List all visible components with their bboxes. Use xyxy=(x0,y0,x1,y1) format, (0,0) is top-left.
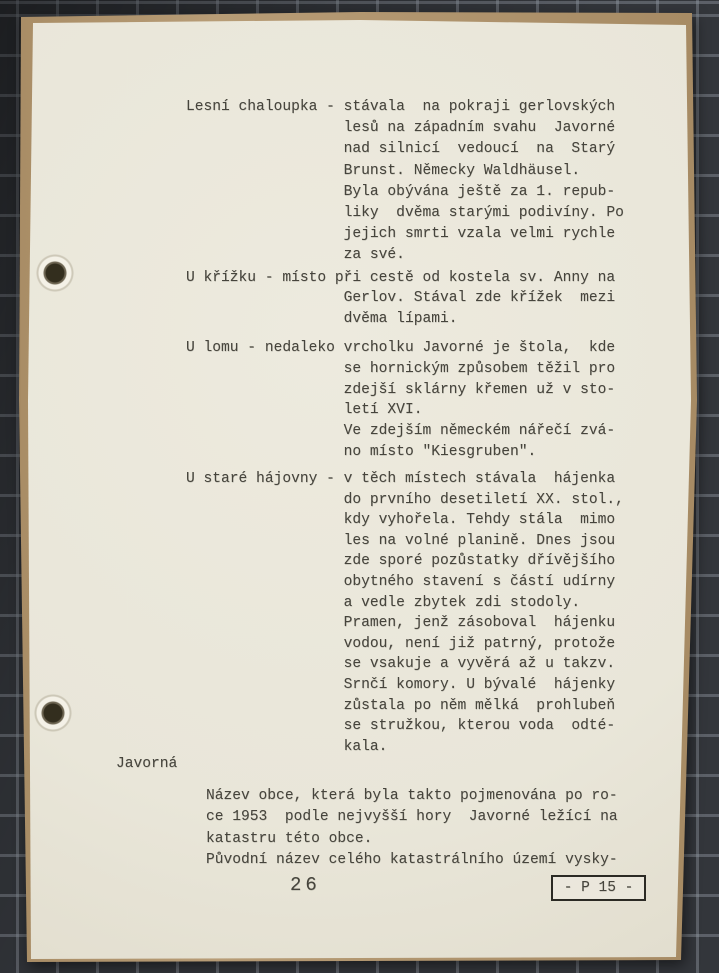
photo-backdrop: Lesní chaloupka - stávala na pokraji ger… xyxy=(0,0,719,973)
paper-stack: Lesní chaloupka - stávala na pokraji ger… xyxy=(0,0,719,973)
archive-stamp: - P 15 - xyxy=(551,875,646,901)
punch-hole-bottom xyxy=(31,691,75,735)
intro-paragraph: Název obce, která byla takto pojmenována… xyxy=(206,786,618,871)
document-page: Lesní chaloupka - stávala na pokraji ger… xyxy=(0,0,719,973)
entry-u-lomu: U lomu - nedaleko vrcholku Javorné je št… xyxy=(186,338,615,463)
page-number: 26 xyxy=(290,873,321,897)
entry-u-krizku: U křížku - místo při cestě od kostela sv… xyxy=(186,268,615,329)
punch-hole-top xyxy=(33,251,77,295)
section-heading: Javorná xyxy=(116,754,177,775)
entry-lesni-chaloupka: Lesní chaloupka - stávala na pokraji ger… xyxy=(186,97,624,267)
entry-u-stare-hajovny: U staré hájovny - v těch místech stávala… xyxy=(186,469,624,757)
